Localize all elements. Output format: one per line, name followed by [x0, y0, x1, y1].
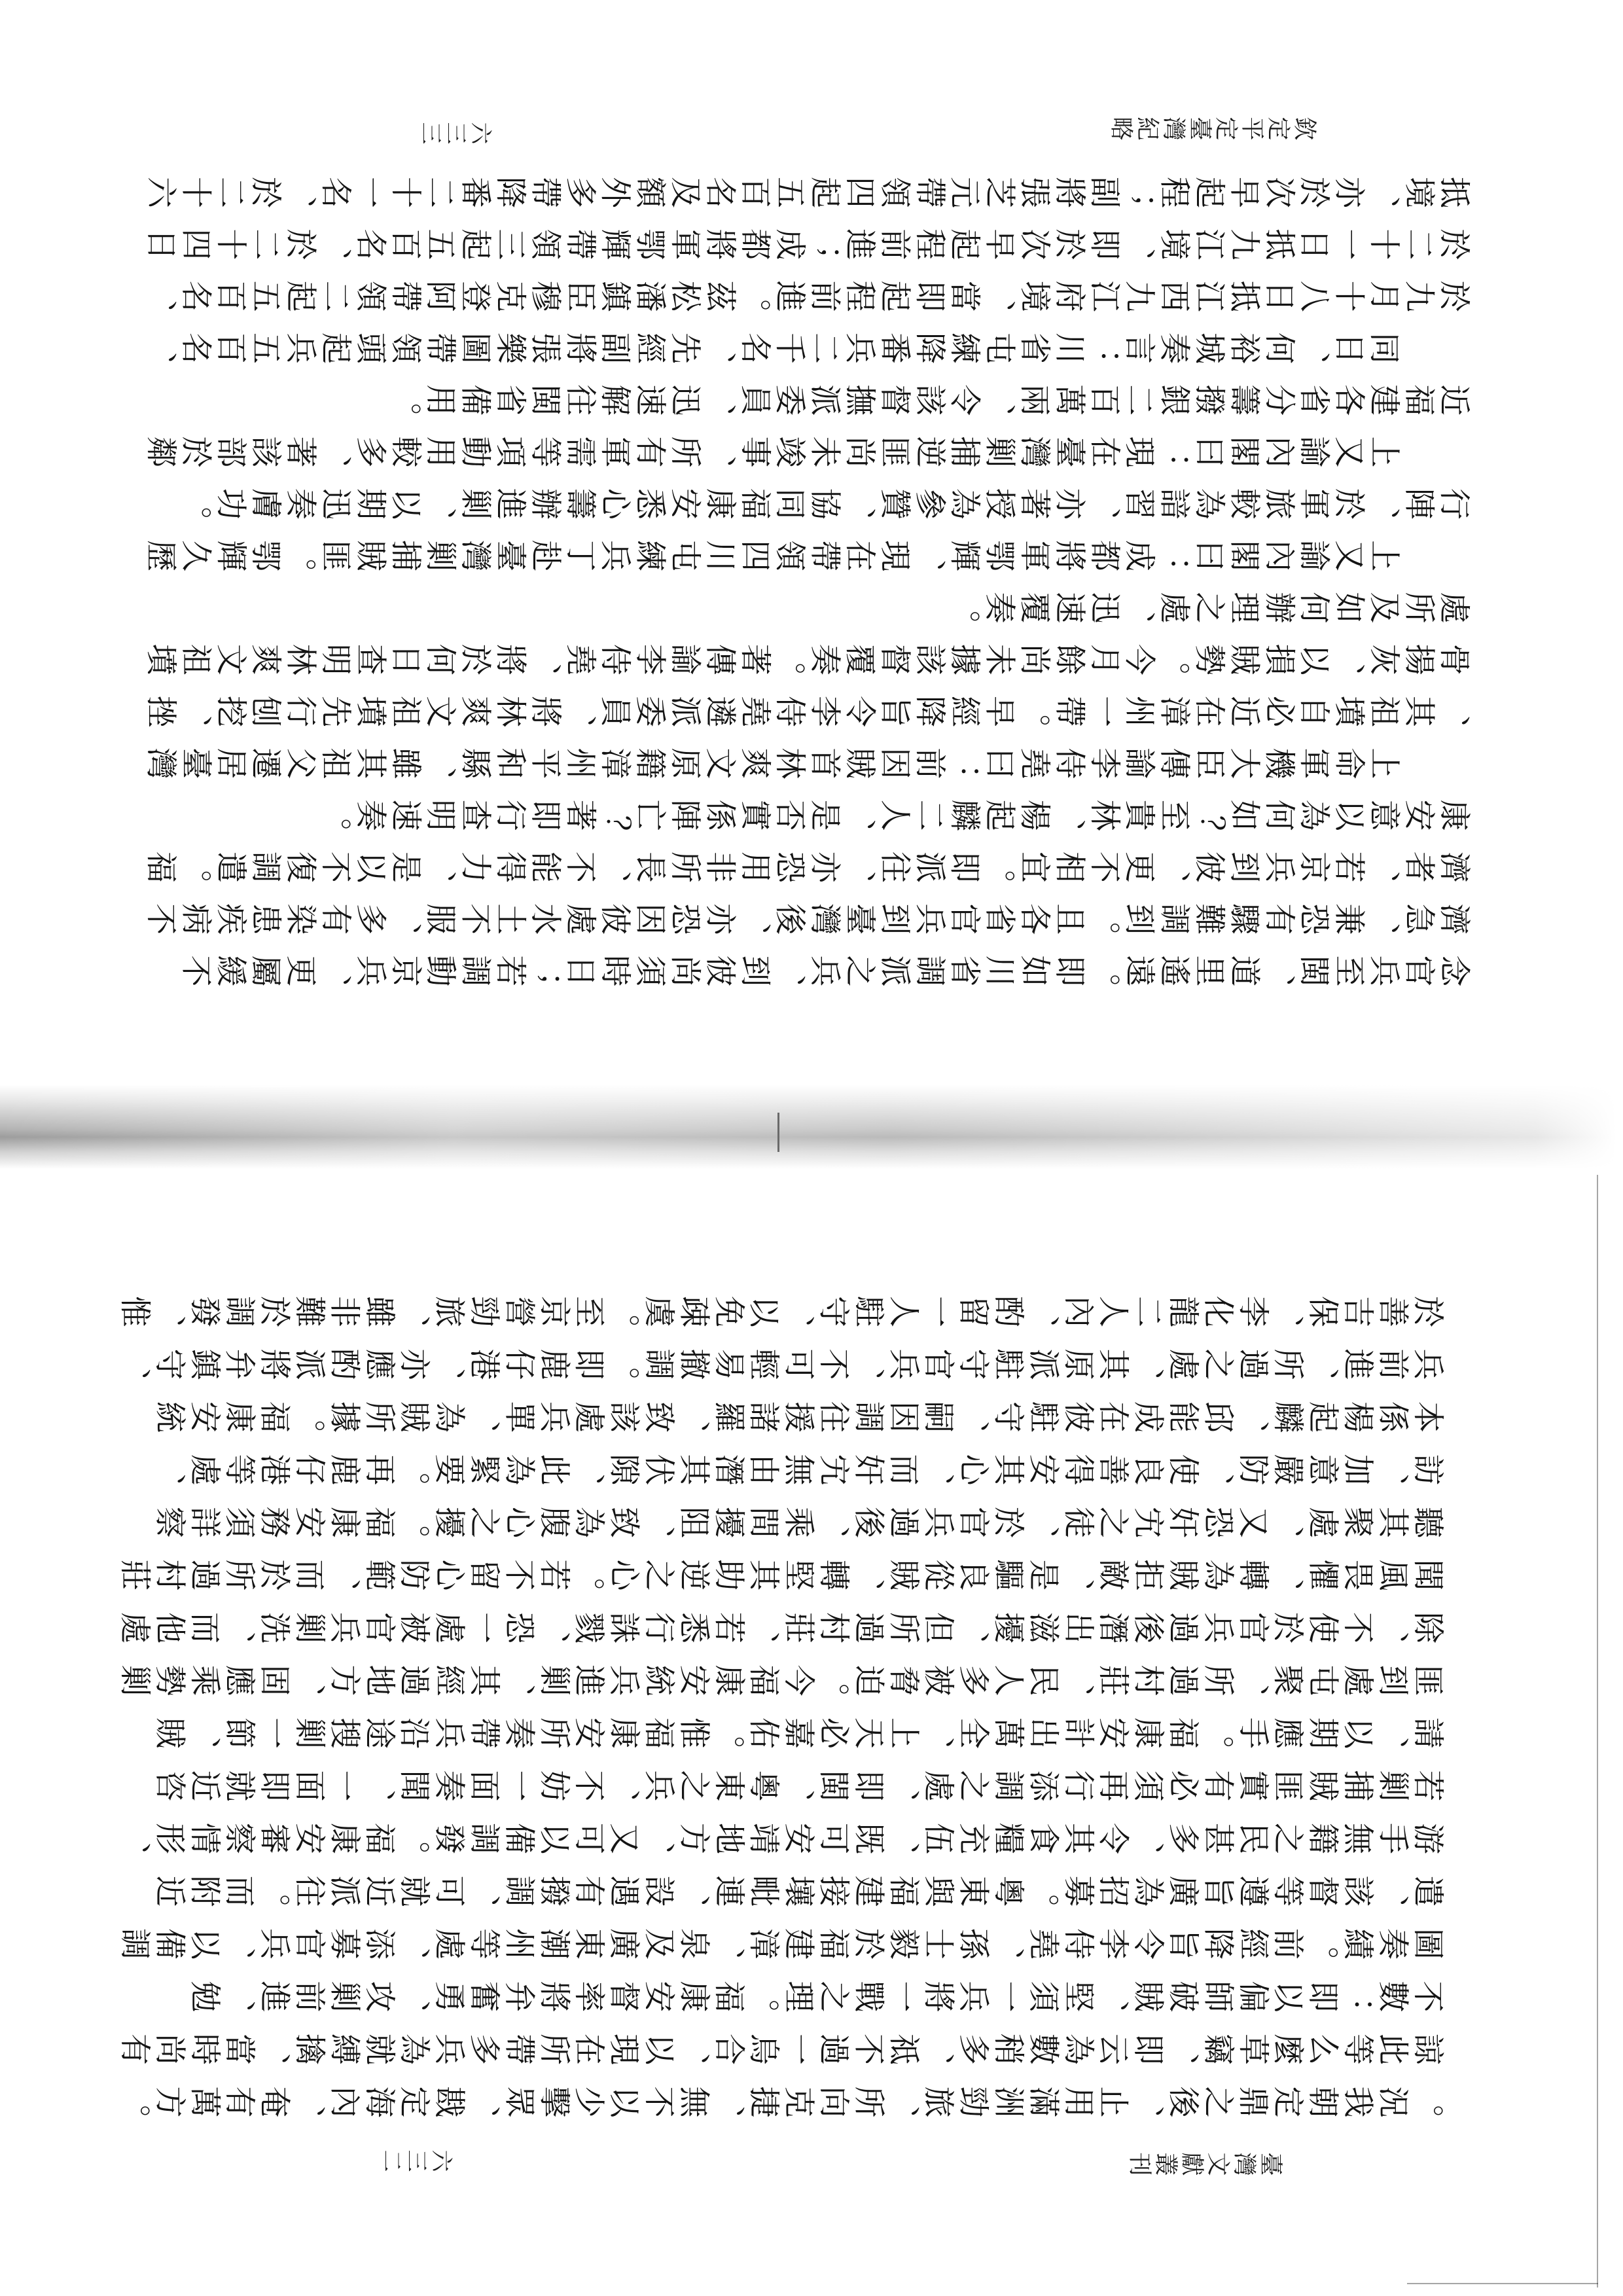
text-column: 聞風畏懼、轉為賊拒敵、是驅良從賊、轉堅其助逆之心。若不留心防範、而於所過村莊 — [84, 1546, 1445, 1599]
text-block: 念官兵至閩、道里遙遠。即如川省調派之兵、到彼尚須時日；若調動京兵、更屬緩不 濟急… — [110, 163, 1471, 994]
text-column: 抵境、亦於次早起程；副將張芝元帶領四起五百名及額外多帶降番二十一名、於二十六 — [110, 163, 1471, 215]
page-number: 六三二 — [379, 2145, 454, 2172]
binding-fold-shadow — [0, 1085, 1616, 1169]
text-column: 濟急、兼恐有驟難調到。且各省官兵到臺灣後、亦恐因彼處水土不服、多有染患疾病不 — [110, 889, 1471, 941]
page-number: 六三三 — [418, 118, 493, 144]
text-column: 、其祖墳自必近在漳州一帶。早經降旨令李侍堯遴派委員、將林爽文祖墳先行刨挖、挫 — [110, 682, 1471, 734]
text-column: 行陣、於軍旅較為諳習、亦著授為參贊、協同福康安悉心籌辦進剿、以期迅奏膚功。 — [110, 475, 1471, 526]
text-column: 近福建各省分籌撥銀二百萬兩、令該督撫派委員、迅速解往閩省備用。 — [110, 370, 1471, 422]
text-column: 除、不使於官兵過後潛出滋擾、但所過村莊、若悉行誅戮、恐一處被官兵剿洗、而他處 — [84, 1598, 1445, 1651]
text-column: 上又諭內閣曰：現在臺灣剿捕逆匪尚未竣事、所有軍需等項動用較多、著該部於鄰 — [110, 423, 1471, 475]
text-column: 諒此等么麼草竊、即云為數稍多、祗不過一烏合、以現在所帶多兵為就縛擒、當時尚有 — [84, 2020, 1445, 2073]
page-right: 臺灣文獻叢刊 六三二 。況我朝定鼎之後、止用滿洲勁旅、所向克捷、無不以少擊眾、戡… — [0, 1172, 1623, 2296]
text-column: 處所及如何辦理之處、迅速覆奏。 — [110, 579, 1471, 630]
scan-edge-line-vertical — [1597, 1175, 1598, 2287]
scan-edge-line-horizontal — [1407, 2283, 1598, 2284]
text-column: 不數：即以偏師破賊、堅須一兵將一戰之理。福康安督率將弁奮勇、攻剿前進、勉 — [84, 1967, 1445, 2020]
text-column: 上命軍機大臣傳諭李侍堯曰：前因賊首林爽文原籍漳州平和縣、雖其祖父遷居臺灣 — [110, 734, 1471, 786]
text-column: 遣、該督等遵旨廣為招募。粵東與福建接壤毗連、設遇有撥調、可就近派往。而附近 — [84, 1862, 1445, 1915]
text-column: 康安意以為何如？至貴林、楊起麟二人、是否實係陣亡？著即行查明速奏。 — [110, 786, 1471, 838]
text-column: 本係楊起麟、邱能成在彼駐守、嗣因調往援諸羅、致該處兵單、為賊所據。福康安統 — [84, 1388, 1445, 1441]
text-column: 於善吉保、李化龍二人內、酌留一人駐守、以免疎虞。至京營勁旅、雖非難於調發、惟 — [84, 1282, 1445, 1335]
page-left: 欽定平定臺灣紀略 六三三 念官兵至閩、道里遙遠。即如川省調派之兵、到彼尚須時日；… — [0, 0, 1623, 1113]
text-column: 游手無籍之民甚多、令其食糧充伍、既可安靖地方、又可以備調發。福康安審察情形、 — [84, 1809, 1445, 1862]
text-block: 。況我朝定鼎之後、止用滿洲勁旅、所向克捷、無不以少擊眾、戡定海內、奄有萬方。 諒… — [84, 1282, 1445, 2125]
text-column: 於二十一日抵九江境、即於次早起程前進；成都將軍鄂輝帶領三起五百名、於二十四日 — [110, 215, 1471, 267]
text-column: 兵前進、所過之處、其原派駐守官兵、不可輕易撤調。即鹿仔港、亦應酌派將弁鎮守、 — [84, 1335, 1445, 1388]
text-column: 濟者、若京兵到彼、更不相宜。即派往、亦恐用非所長、不能得力、是以不復調遣。福 — [110, 838, 1471, 889]
text-column: 念官兵至閩、道里遙遠。即如川省調派之兵、到彼尚須時日；若調動京兵、更屬緩不 — [110, 942, 1471, 994]
text-column: 請、以期應手。福康安計出萬全、上天必嘉佑。惟福康安所奏帶兵沿途搜剿一節、賊 — [84, 1704, 1445, 1757]
text-column: 於九月十八日抵江西九江府境、當即起程前進。茲松潘鎮臣穆克登阿帶領二起五百名、 — [110, 267, 1471, 319]
text-column: 骨揚灰、以損賊勢。今月餘尚未據該督覆奏。著傳諭李侍堯、將於何日查明林爽文祖墳 — [110, 630, 1471, 682]
fold-center-mark — [777, 1113, 779, 1152]
text-column: 訪、加意嚴防、使良善得安其心、而奸宄無由潛其伏隙、此為緊要。再鹿仔港等處、 — [84, 1441, 1445, 1494]
text-column: 。況我朝定鼎之後、止用滿洲勁旅、所向克捷、無不以少擊眾、戡定海內、奄有萬方。 — [84, 2073, 1445, 2126]
text-column: 上又諭內閣曰：成都將軍鄂輝、現在帶領四川屯練兵丁赴臺灣剿捕賊匪。鄂輝久歷 — [110, 526, 1471, 578]
text-column: 若剿捕賊匪實有必須再行添調之處、即閩、粵東之兵、不妨一面奏聞、一面即就近咨 — [84, 1757, 1445, 1810]
text-column: 聽其聚處、又恐奸宄之徒、於官兵過後、乘間擾阻、致為腹心之擾。福康安務須詳察 — [84, 1493, 1445, 1546]
running-head: 臺灣文獻叢刊 — [1126, 2149, 1283, 2175]
text-column: 匪到處屯聚、所過村莊、民人多被脅迫。今福康安統兵進剿、其經過地方、固應乘勢剿 — [84, 1651, 1445, 1704]
running-head: 欽定平定臺灣紀略 — [1108, 113, 1317, 139]
text-column: 同日、何裕城奏言：川省屯練降番兵二千名、先經副將張樂圖帶領頭起兵五百名、 — [110, 319, 1471, 370]
text-column: 圖奏績。前經降旨令李侍堯、孫士毅於福建漳、泉及廣東潮州等處、添募官兵、以備調 — [84, 1914, 1445, 1967]
